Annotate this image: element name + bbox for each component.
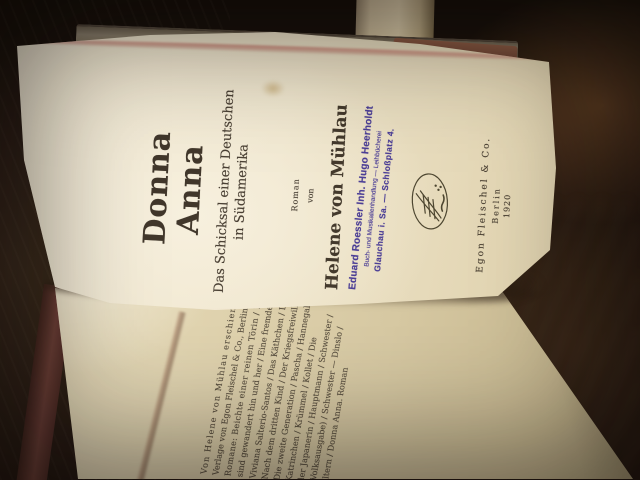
book-subtitle: Das Schicksal einer Deutschen in Südamer… xyxy=(211,83,256,299)
bookseller-stamp: Eduard Roessler Inh. Hugo Heerholdt Buch… xyxy=(344,90,400,307)
title-page-text: Donna Anna Das Schicksal einer Deutschen… xyxy=(120,79,496,313)
book-title: Donna Anna xyxy=(136,79,213,297)
left-page-text: Von Helene von Mühlau erschienen im Verl… xyxy=(197,294,369,480)
book-photograph: Von Helene von Mühlau erschienen im Verl… xyxy=(0,0,640,480)
publisher-oval-wheat-logo-icon xyxy=(405,170,454,234)
